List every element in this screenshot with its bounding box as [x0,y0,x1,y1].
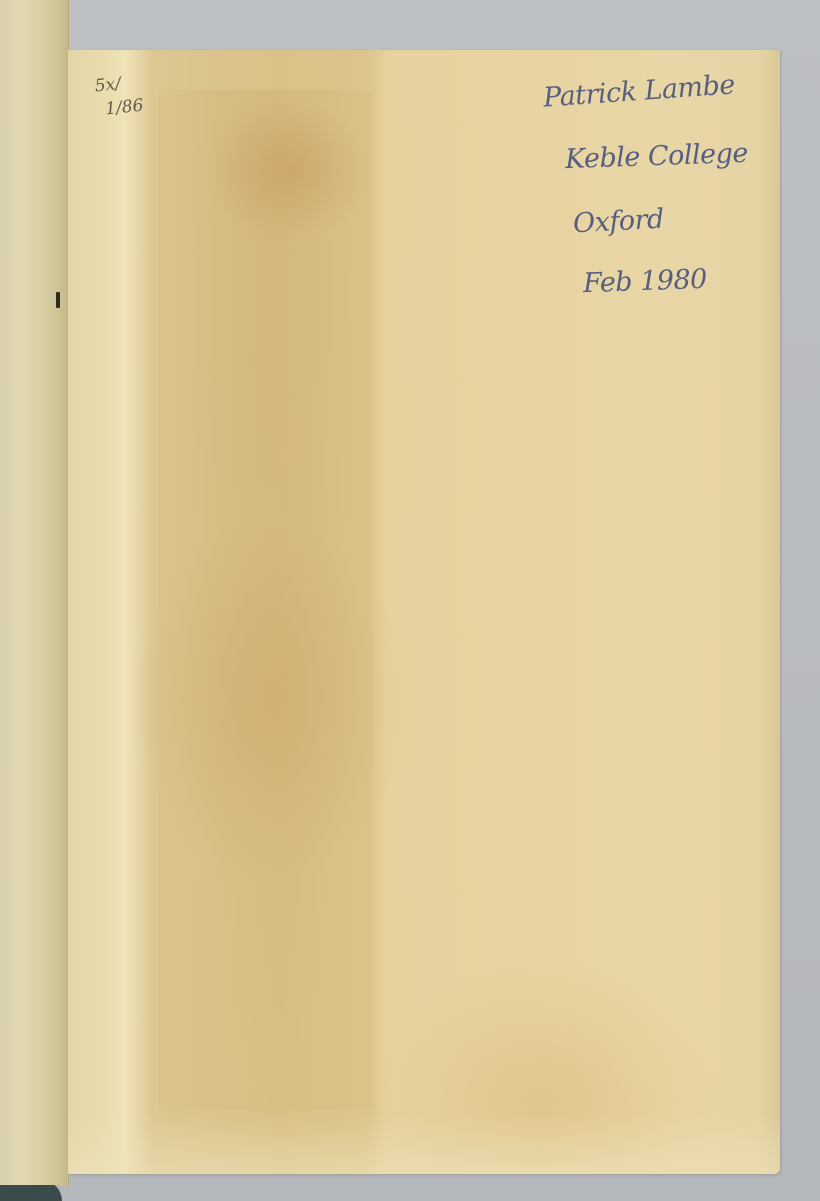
flyleaf-gutter [0,0,69,1185]
foxing-stain [158,90,373,1110]
inscription-name: Patrick Lambe [542,71,735,111]
endpaper-page: 5x/ 1/86 Patrick Lambe Keble College Oxf… [68,50,780,1174]
page-lower-edge [68,1114,780,1174]
inscription-date: Feb 1980 [583,266,708,297]
inscription-college: Keble College [565,140,749,173]
inscription-city: Oxford [572,206,664,238]
photo-scene: 5x/ 1/86 Patrick Lambe Keble College Oxf… [0,0,820,1201]
pencil-annotation: 5x/ 1/86 [94,70,145,123]
binding-mark [56,292,60,308]
pencil-line-2: 1/86 [96,94,144,123]
